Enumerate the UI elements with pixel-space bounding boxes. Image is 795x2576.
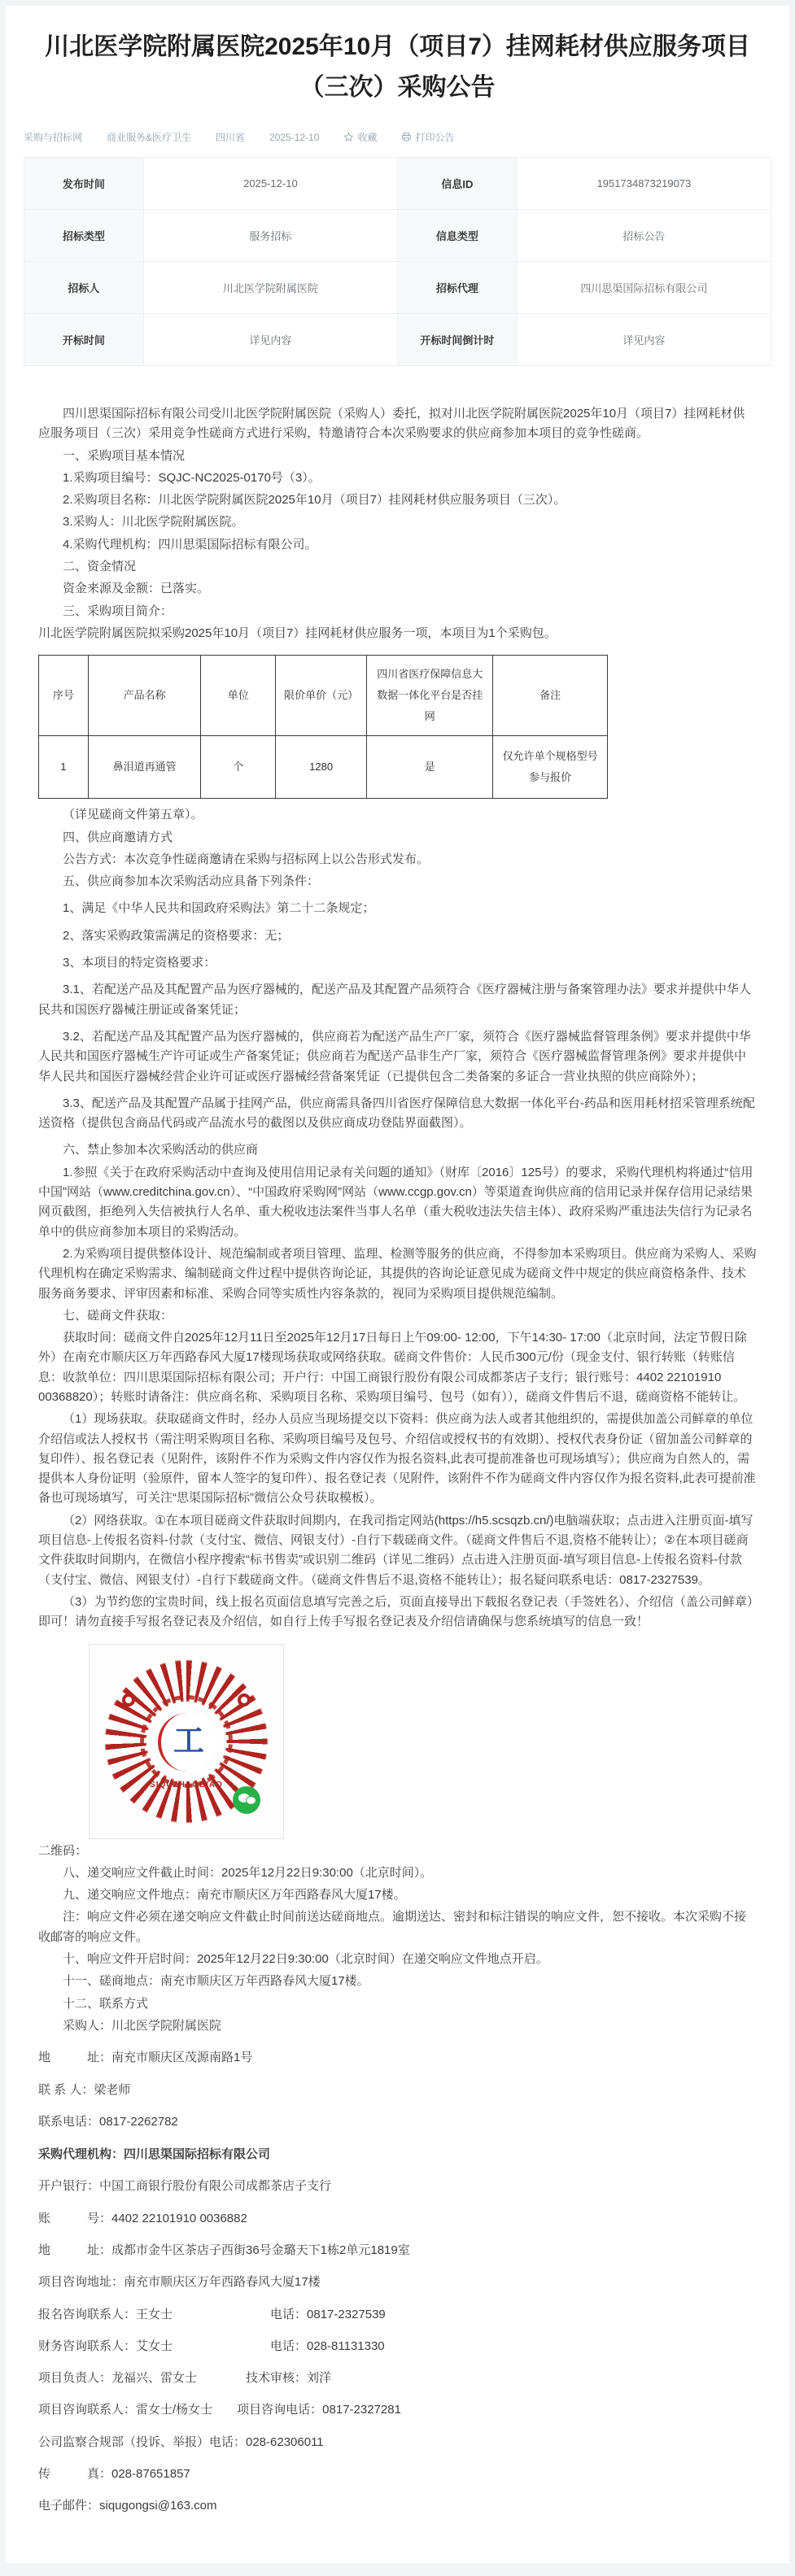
favorite-button[interactable]: 收藏 <box>343 130 377 144</box>
body-paragraph: 开户银行：中国工商银行股份有限公司成都茶店子支行 <box>38 2177 757 2196</box>
body-paragraph: 一、采购项目基本情况 <box>38 447 757 466</box>
info-label: 信息类型 <box>397 210 517 262</box>
body-paragraph: 1.采购项目编号：SQJC-NC2025-0170号（3）。 <box>38 469 757 488</box>
body-paragraph: 六、禁止参加本次采购活动的供应商 <box>38 1140 757 1160</box>
info-table: 发布时间 2025-12-10 信息ID 1951734873219073 招标… <box>24 157 771 366</box>
body-paragraph: （2）网络获取。①在本项目磋商文件获取时间期内，在我司指定网站(https://… <box>38 1511 757 1590</box>
body-paragraph: 四川思渠国际招标有限公司受川北医学院附属医院（采购人）委托，拟对川北医学院附属医… <box>38 404 757 444</box>
page-footer-strip <box>0 2563 795 2576</box>
info-label: 招标类型 <box>24 210 144 262</box>
body-paragraph: 十、响应文件开启时间：2025年12月22日9:30:00（北京时间）在递交响应… <box>38 1950 757 1969</box>
body-paragraph: 五、供应商参加本次采购活动应具备下列条件： <box>38 872 757 891</box>
print-button[interactable]: 打印公告 <box>401 130 454 144</box>
qr-code-block: 工 SIQUZHAOBIAO <box>89 1644 757 1839</box>
publish-date: 2025-12-10 <box>269 132 319 143</box>
body-paragraph: （详见磋商文件第五章）。 <box>38 805 757 825</box>
info-row: 开标时间 详见内容 开标时间倒计时 详见内容 <box>24 314 771 366</box>
body-paragraph: 传 真：028-87651857 <box>38 2465 757 2484</box>
info-label: 开标时间 <box>24 314 144 366</box>
info-value: 详见内容 <box>517 314 771 366</box>
body-paragraph: 采购代理机构：四川思渠国际招标有限公司 <box>38 2145 757 2164</box>
info-label: 发布时间 <box>24 158 144 210</box>
body-paragraph: 二、资金情况 <box>38 557 757 577</box>
info-label: 招标代理 <box>397 262 517 314</box>
body-paragraph: 地 址：成都市金牛区茶店子西街36号金璐天下1栋2单元1819室 <box>38 2241 757 2260</box>
info-label: 招标人 <box>24 262 144 314</box>
breadcrumb-link-category[interactable]: 商业服务&医疗卫生 <box>107 130 191 144</box>
body-paragraph: 财务咨询联系人：艾女士 电话：028-81131330 <box>38 2337 757 2356</box>
product-header: 产品名称 <box>88 656 201 736</box>
body-paragraph: 项目咨询地址：南充市顺庆区万年西路春风大厦17楼 <box>38 2273 757 2292</box>
body-paragraph: 项目负责人：龙福兴、雷女士 技术审核：刘洋 <box>38 2369 757 2388</box>
star-icon <box>343 132 354 142</box>
body-paragraph: 九、递交响应文件地点：南充市顺庆区万年西路春风大厦17楼。 <box>38 1885 757 1905</box>
wechat-icon <box>233 1786 260 1814</box>
body-paragraph: 三、采购项目简介： <box>38 602 757 621</box>
qr-code-image: 工 SIQUZHAOBIAO <box>89 1644 284 1839</box>
breadcrumb-link-site[interactable]: 采购与招标网 <box>24 130 82 144</box>
product-table-header-row: 序号 产品名称 单位 限价单价（元） 四川省医疗保障信息大数据一体化平台是否挂网… <box>39 656 608 736</box>
body-paragraph: 联系电话：0817-2262782 <box>38 2112 757 2132</box>
product-header: 序号 <box>39 656 89 736</box>
info-value: 1951734873219073 <box>517 158 771 210</box>
page-title: 川北医学院附属医院2025年10月（项目7）挂网耗材供应服务项目（三次）采购公告 <box>6 6 789 112</box>
product-table-row: 1 鼻泪道再通管 个 1280 是 仅允许单个规格型号参与报价 <box>39 736 608 799</box>
product-cell-price: 1280 <box>276 736 367 799</box>
body-paragraph: 报名咨询联系人：王女士 电话：0817-2327539 <box>38 2305 757 2325</box>
body-paragraph: 项目咨询联系人：雷女士/杨女士 项目咨询电话：0817-2327281 <box>38 2400 757 2420</box>
body-section-contacts: 二维码：八、递交响应文件截止时间：2025年12月22日9:30:00（北京时间… <box>38 1842 757 2517</box>
product-cell-name: 鼻泪道再通管 <box>88 736 201 799</box>
body-paragraph: 1、满足《中华人民共和国政府采购法》第二十二条规定； <box>38 899 757 918</box>
body-paragraph: 2.采购项目名称：川北医学院附属医院2025年10月（项目7）挂网耗材供应服务项… <box>38 490 757 510</box>
info-row: 发布时间 2025-12-10 信息ID 1951734873219073 <box>24 158 771 210</box>
body-paragraph: 七、磋商文件获取： <box>38 1306 757 1326</box>
info-label: 开标时间倒计时 <box>397 314 517 366</box>
body-paragraph: 注：响应文件必须在递交响应文件截止时间前送达磋商地点。逾期送达、密封和标注错误的… <box>38 1907 757 1947</box>
body-section-intro: 四川思渠国际招标有限公司受川北医学院附属医院（采购人）委托，拟对川北医学院附属医… <box>38 404 757 643</box>
breadcrumb-link-region[interactable]: 四川省 <box>216 130 245 144</box>
info-value: 招标公告 <box>517 210 771 262</box>
body-paragraph: 川北医学院附属医院拟采购2025年10月（项目7）挂网耗材供应服务一项，本项目为… <box>38 624 757 643</box>
body-paragraph: 4.采购代理机构：四川思渠国际招标有限公司。 <box>38 535 757 555</box>
print-label: 打印公告 <box>415 130 454 144</box>
body-paragraph: 3.1、若配送产品及其配置产品为医疗器械的，配送产品及其配置产品须符合《医疗器械… <box>38 980 757 1020</box>
breadcrumb: 采购与招标网 商业服务&医疗卫生 四川省 2025-12-10 收藏 打印公告 <box>6 112 789 152</box>
product-cell-remark: 仅允许单个规格型号参与报价 <box>493 736 608 799</box>
info-row: 招标人 川北医学院附属医院 招标代理 四川思渠国际招标有限公司 <box>24 262 771 314</box>
info-label: 信息ID <box>397 158 517 210</box>
body-paragraph: 3、本项目的特定资格要求： <box>38 953 757 973</box>
info-row: 招标类型 服务招标 信息类型 招标公告 <box>24 210 771 262</box>
body-paragraph: 十二、联系方式 <box>38 1994 757 2014</box>
body-paragraph: 资金来源及金额：已落实。 <box>38 579 757 599</box>
body-paragraph: 联 系 人：梁老师 <box>38 2081 757 2100</box>
info-value: 四川思渠国际招标有限公司 <box>517 262 771 314</box>
body-paragraph: （1）现场获取。获取磋商文件时，经办人员应当现场提交以下资料：供应商为法人或者其… <box>38 1410 757 1508</box>
body-paragraph: 电子邮件：siqugongsi@163.com <box>38 2496 757 2516</box>
body-paragraph: 二维码： <box>38 1842 757 1861</box>
body-paragraph: 公告方式：本次竞争性磋商邀请在采购与招标网上以公告形式发布。 <box>38 850 757 870</box>
body-paragraph: 1.参照《关于在政府采购活动中查询及使用信用记录有关问题的通知》（财库〔2016… <box>38 1163 757 1242</box>
body-paragraph: 获取时间：磋商文件自2025年12月11日至2025年12月17日每日上午09:… <box>38 1328 757 1407</box>
info-value: 服务招标 <box>143 210 397 262</box>
body-paragraph: 3.采购人：川北医学院附属医院。 <box>38 512 757 532</box>
body-paragraph: 地 址：南充市顺庆区茂源南路1号 <box>38 2048 757 2068</box>
announcement-body: 四川思渠国际招标有限公司受川北医学院附属医院（采购人）委托，拟对川北医学院附属医… <box>6 366 789 2517</box>
product-cell-seq: 1 <box>39 736 89 799</box>
product-cell-listed: 是 <box>367 736 493 799</box>
body-paragraph: 十一、磋商地点：南充市顺庆区万年西路春风大厦17楼。 <box>38 1972 757 1991</box>
product-header: 备注 <box>493 656 608 736</box>
body-paragraph: 账 号：4402 22101910 0036882 <box>38 2209 757 2229</box>
info-value: 2025-12-10 <box>143 158 397 210</box>
announcement-card: 川北医学院附属医院2025年10月（项目7）挂网耗材供应服务项目（三次）采购公告… <box>6 6 789 2563</box>
product-header: 四川省医疗保障信息大数据一体化平台是否挂网 <box>367 656 493 736</box>
qr-eye-right <box>238 1693 251 1706</box>
body-paragraph: 2.为采购项目提供整体设计、规范编制或者项目管理、监理、检测等服务的供应商，不得… <box>38 1244 757 1304</box>
info-value: 川北医学院附属医院 <box>143 262 397 314</box>
product-header: 限价单价（元） <box>276 656 367 736</box>
body-section-requirements: （详见磋商文件第五章）。四、供应商邀请方式公告方式：本次竞争性磋商邀请在采购与招… <box>38 805 757 1632</box>
body-paragraph: 3.2、若配送产品及其配置产品为医疗器械的，供应商若为配送产品生产厂家，须符合《… <box>38 1027 757 1087</box>
body-paragraph: 公司监察合规部（投诉、举报）电话：028-62306011 <box>38 2433 757 2452</box>
body-paragraph: （3）为节约您的宝贵时间，线上报名页面信息填写完善之后，页面直接导出下载报名登记… <box>38 1593 757 1632</box>
body-paragraph: 八、递交响应文件截止时间：2025年12月22日9:30:00（北京时间）。 <box>38 1863 757 1883</box>
body-paragraph: 3.3、配送产品及其配置产品属于挂网产品，供应商需具备四川省医疗保障信息大数据一… <box>38 1094 757 1134</box>
product-header: 单位 <box>201 656 276 736</box>
qr-center-logo: 工 <box>158 1713 216 1772</box>
product-cell-unit: 个 <box>201 736 276 799</box>
qr-eye-left <box>122 1693 135 1706</box>
body-paragraph: 四、供应商邀请方式 <box>38 828 757 848</box>
body-paragraph: 采购人：川北医学院附属医院 <box>38 2016 757 2036</box>
printer-icon <box>401 132 412 142</box>
info-value: 详见内容 <box>143 314 397 366</box>
page: 川北医学院附属医院2025年10月（项目7）挂网耗材供应服务项目（三次）采购公告… <box>0 6 795 2576</box>
favorite-label: 收藏 <box>357 130 377 144</box>
body-paragraph: 2、落实采购政策需满足的资格要求：无； <box>38 926 757 946</box>
product-table: 序号 产品名称 单位 限价单价（元） 四川省医疗保障信息大数据一体化平台是否挂网… <box>38 655 608 799</box>
